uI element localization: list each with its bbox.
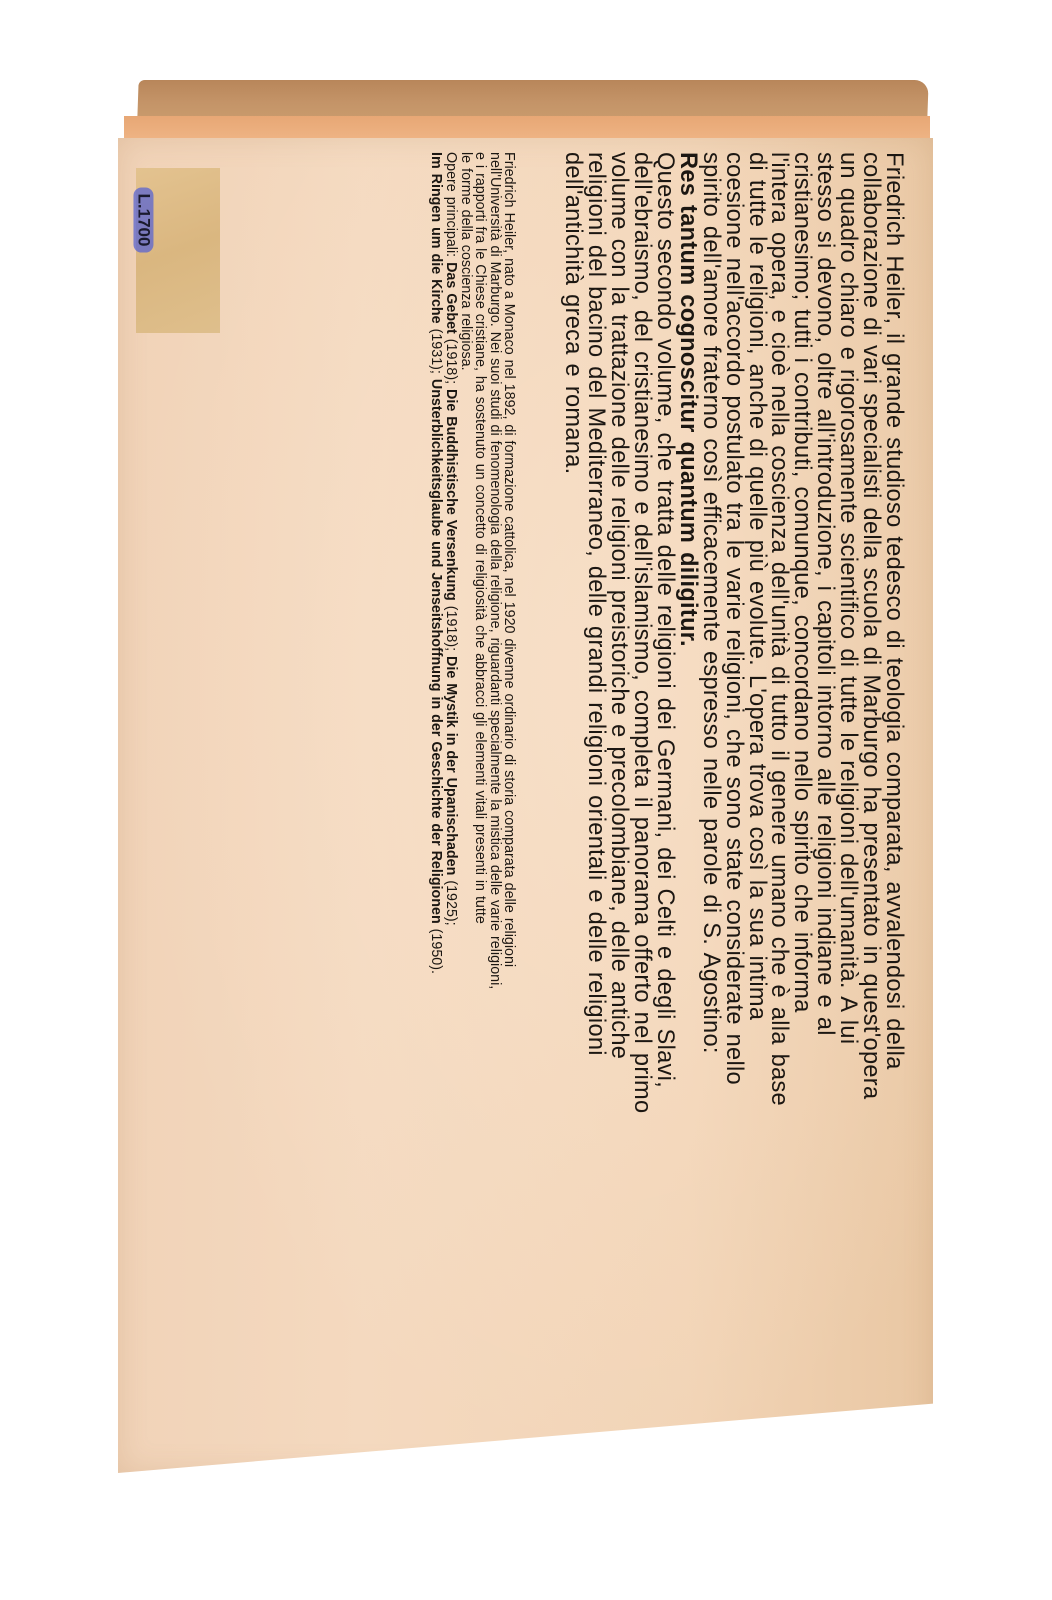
description-line: volume con la trattazione delle religion…: [607, 152, 630, 1402]
book-page-edges: [124, 116, 930, 138]
works-intro: Opere principali:: [443, 152, 459, 262]
work-year: (1925);: [443, 875, 459, 925]
works-line: Opere principali: Das Gebet (1918); Die …: [443, 152, 458, 1242]
description-line: collaborazione di vari specialisti della…: [859, 152, 882, 1402]
description-line: un quadro chiaro e rigorosamente scienti…: [836, 152, 859, 1402]
work-title: Die Mystik in der Upanischaden: [443, 656, 459, 875]
shelf-mark-text: L.1700: [133, 188, 153, 253]
rotated-text-block: Friedrich Heiler, il grande studioso ted…: [429, 152, 905, 1402]
library-shelf-mark: L.1700: [128, 175, 158, 265]
work-year: (1918);: [443, 334, 459, 389]
latin-motto: Res tantum cognoscitur quantum diligitur…: [676, 152, 699, 1402]
description-line: religioni del bacino del Mediterraneo, d…: [584, 152, 607, 1402]
bio-line: Friedrich Heiler, nato a Monaco nel 1892…: [502, 152, 517, 1242]
description-line: stesso si devono, oltre all'introduzione…: [813, 152, 836, 1402]
work-title: Das Gebet: [443, 262, 459, 334]
description-line: spirito dell'amore fraterno così efficac…: [699, 152, 722, 1402]
description-line: l'intera opera, e cioè nella coscienza d…: [768, 152, 791, 1402]
book-back-cover: L.1700 Friedrich Heiler, il grande studi…: [0, 0, 1052, 1600]
work-title: Unsterblichkeitsglaube und Jenseitshoffn…: [428, 379, 444, 924]
bio-line: nell'Università di Marburgo. Nei suoi st…: [487, 152, 502, 1242]
book-top-edge: [137, 80, 928, 118]
work-title: Im Ringen um die Kirche: [428, 152, 444, 324]
bio-line: le forme della coscienza religiosa.: [458, 152, 473, 1242]
work-year: (1918);: [443, 601, 459, 656]
description: Friedrich Heiler, il grande studioso ted…: [561, 152, 905, 1402]
description-line: Friedrich Heiler, il grande studioso ted…: [882, 152, 905, 1402]
work-year: (1950).: [428, 924, 444, 974]
description-line: coesione nell'accordo postulato tra le v…: [722, 152, 745, 1402]
bio-line: e i rapporti fra le Chiese cristiane, ha…: [473, 152, 488, 1242]
work-title: Die Buddhistische Versenkung: [443, 389, 459, 601]
description-line: cristianesimo; tutti i contributi, comun…: [790, 152, 813, 1402]
description-line: dell'antichità greca e romana.: [561, 152, 584, 1402]
work-year: (1931);: [428, 324, 444, 379]
description-line: Questo secondo volume, che tratta delle …: [653, 152, 676, 1402]
description-line: di tutte le religioni, anche di quelle p…: [745, 152, 768, 1402]
author-bio: Friedrich Heiler, nato a Monaco nel 1892…: [429, 152, 517, 1242]
description-line: dell'ebraismo, del cristianesimo e dell'…: [630, 152, 653, 1402]
works-line: Im Ringen um die Kirche (1931); Unsterbl…: [429, 152, 444, 1242]
